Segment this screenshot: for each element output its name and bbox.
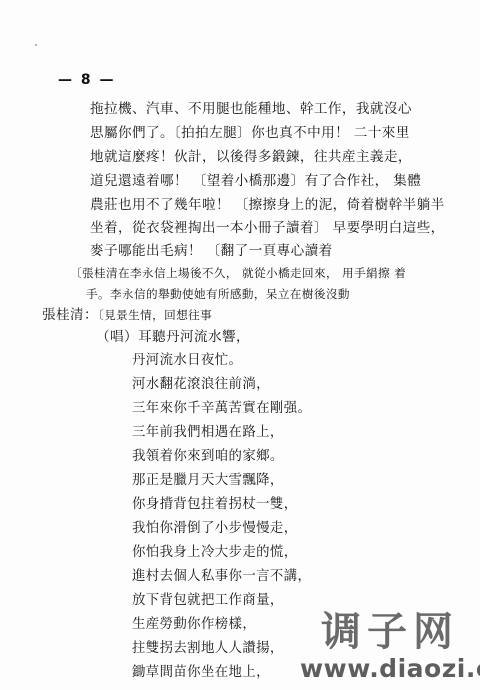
prose-line: 麥子哪能出毛病！ 〔翻了一頁專心讀着 [90,242,333,260]
site-watermark: 调子网 www.diaozi.com [300,610,480,684]
verse-text: 耳聽丹河流水響， [138,329,250,345]
speaker-name: 張桂清： [42,307,98,323]
verse-line: 你怕我身上冷大步走的慌， [132,544,298,562]
stage-direction-line: 〔張桂清在李永信上場後不久， 就從小橋走回來， 用手絹擦 着 [70,264,406,282]
verse-line: 三年前我們相遇在路上， [132,424,284,442]
verse-line: 河水翻花滾浪往前淌， [132,376,270,394]
verse-line: 你身揹背包拄着拐杖一雙， [132,496,298,514]
scanned-page: — 8 — 拖拉機、汽車、不用腿也能種地、幹工作，我就沒心 思屬你們了。〔拍拍左… [0,0,480,690]
prose-line: 拖拉機、汽車、不用腿也能種地、幹工作，我就沒心 [90,100,412,118]
verse-line: （唱）耳聽丹河流水響， [96,328,250,346]
prose-line: 地就這麼疼！伙計，以後得多鍛鍊，往共産主義走， [90,148,412,166]
verse-line: 鋤草間苗你坐在地上， [132,664,270,682]
verse-line: 三年來你千辛萬苦實在剛强。 [132,400,311,418]
prose-line: 農莊也用不了幾年啦！ 〔擦擦身上的泥，倚着樹幹半躺半 [90,196,445,214]
watermark-url: www.diaozi.com [300,654,480,684]
prose-line: 思屬你們了。〔拍拍左腿〕你也真不中用！ 二十來里 [90,124,410,142]
verse-line: 丹河流水日夜忙。 [132,352,242,370]
sing-marker: （唱） [96,329,138,345]
verse-line: 生産勞動你作榜樣， [132,616,256,634]
verse-line: 我怕你滑倒了小步慢慢走， [132,520,298,538]
page-number: — 8 — [58,72,116,88]
verse-line: 那正是臘月天大雪飄降， [132,472,284,490]
verse-line: 拄雙拐去割地人人讚揚， [132,640,284,658]
prose-line: 坐着，從衣袋裡掏出一本小冊子讀着〕 早要學明白這些， [90,219,445,237]
stage-direction-line: 手。李永信的舉動使她有所感動，呆立在樹後沒動 [86,285,350,303]
verse-line: 放下背包就把工作商量， [132,592,284,610]
prose-line: 道兒還遠着哪！ 〔望着小橋那邊〕有了合作社， 集體 [90,172,421,190]
verse-line: 我領着你來到咱的家鄉。 [132,448,284,466]
dialogue-speaker-line: 張桂清：〔見景生情，回想往事 [42,306,212,324]
watermark-title: 调子网 [300,610,480,654]
verse-line: 進村去個人私事你一言不講， [132,568,311,586]
scan-speck [35,44,37,46]
speaker-direction: 〔見景生情，回想往事 [98,308,212,322]
